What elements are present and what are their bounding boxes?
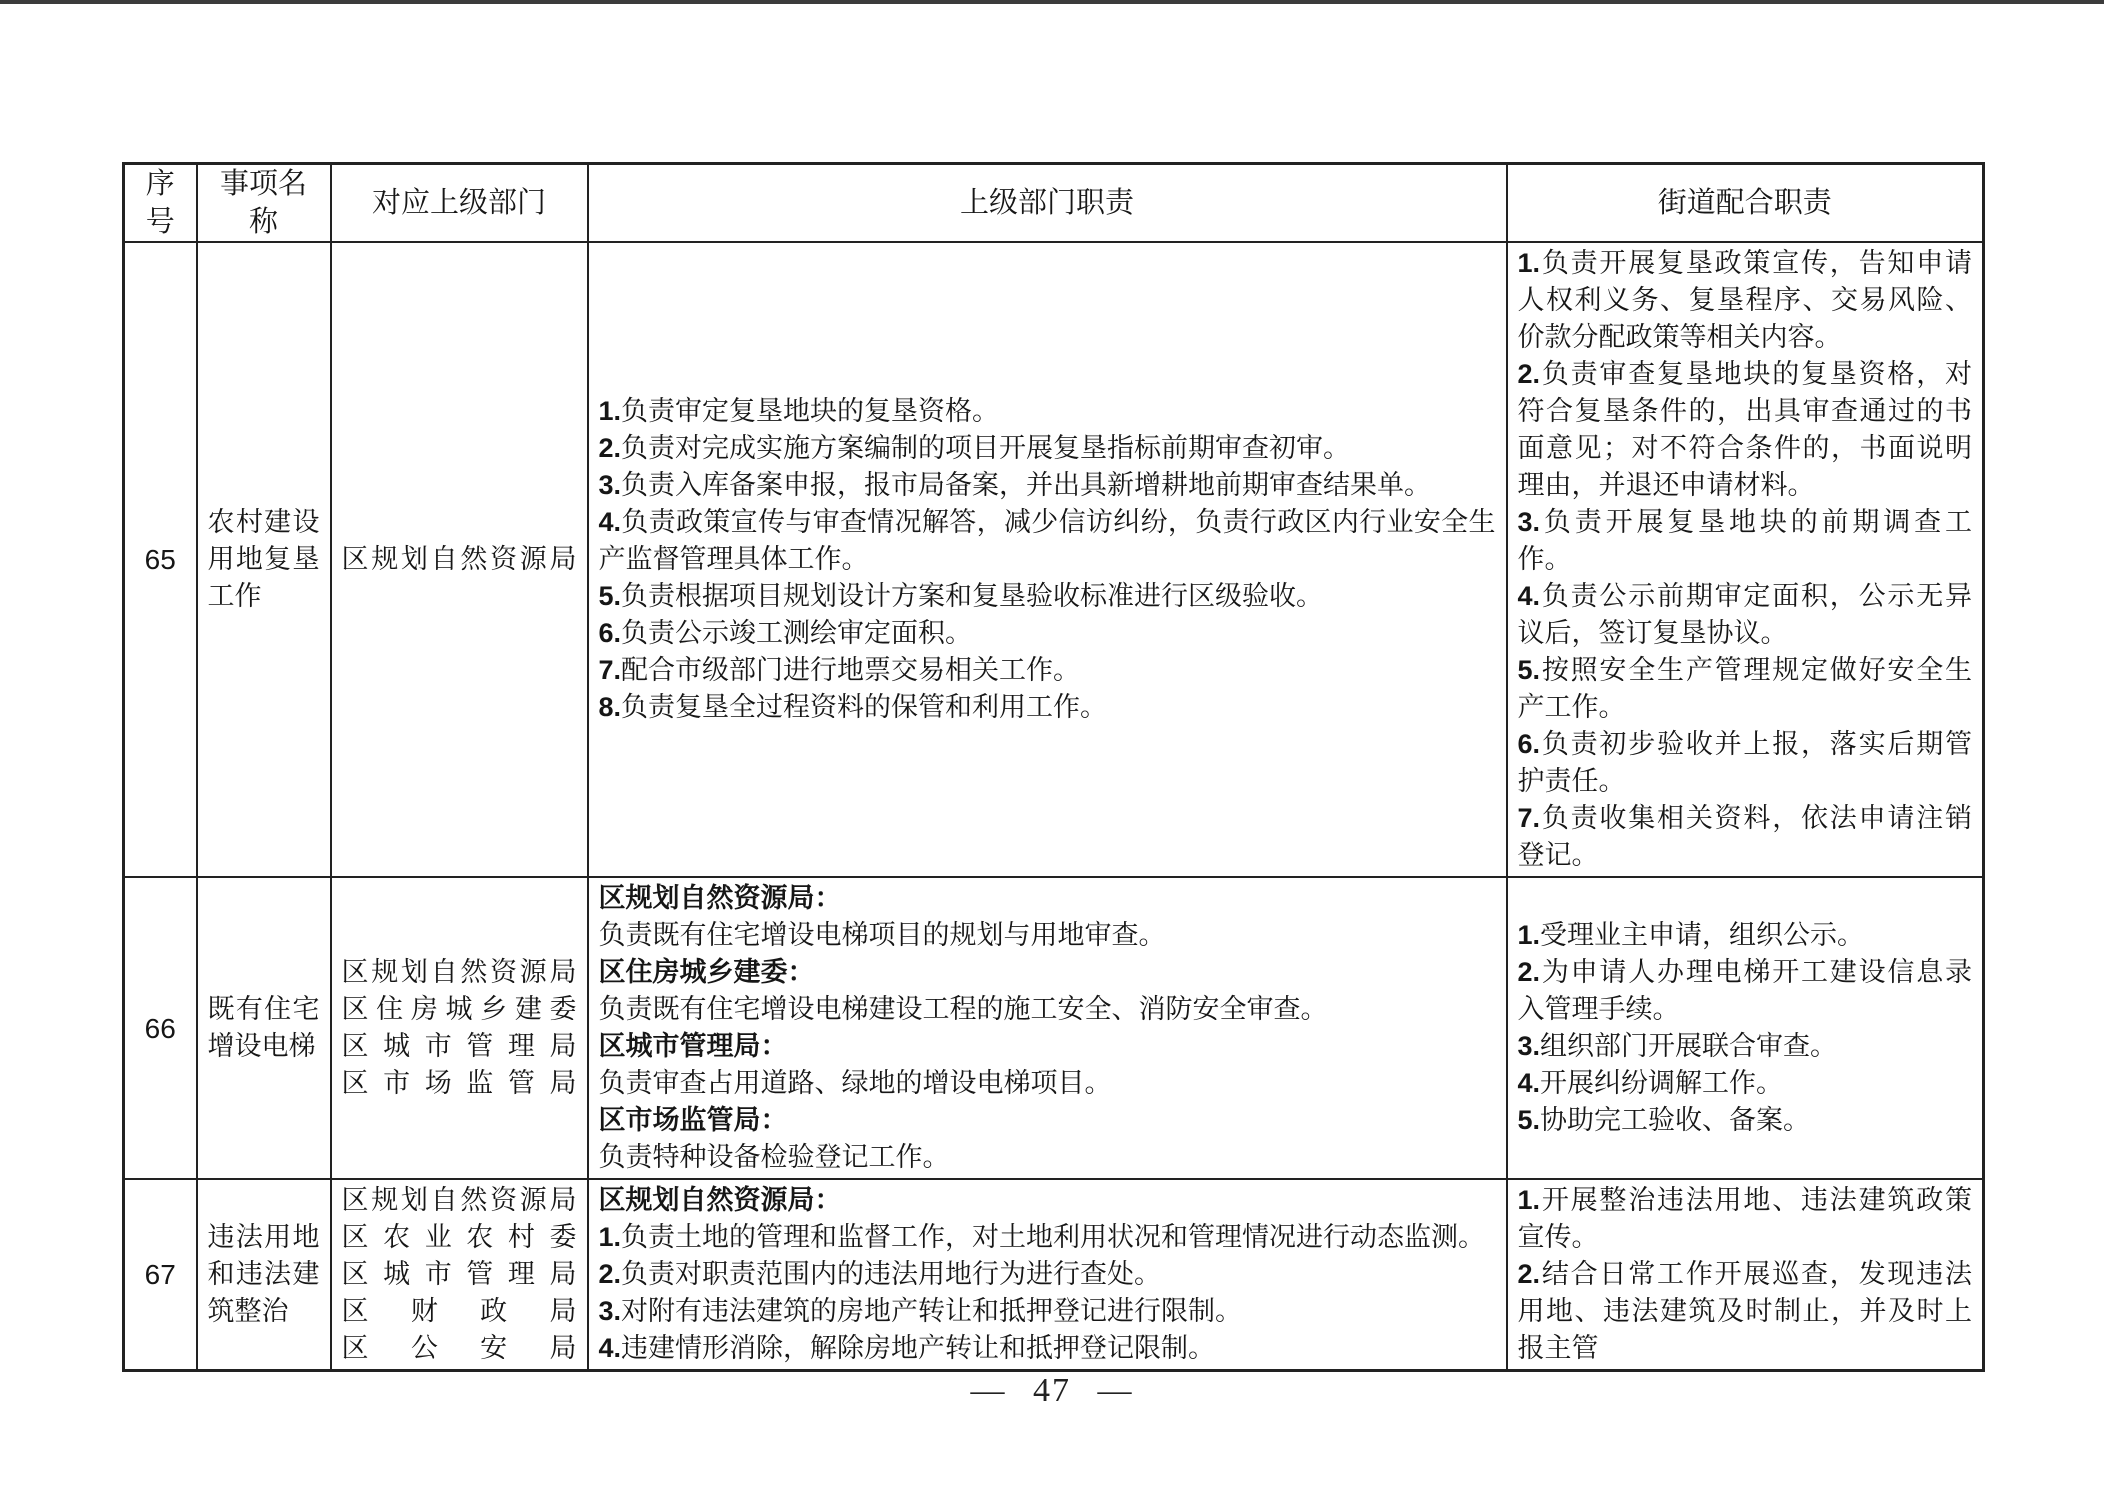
header-row: 序号 事项名称 对应上级部门 上级部门职责 街道配合职责 — [124, 164, 1984, 243]
department-cell: 区规划自然资源局 — [331, 242, 588, 877]
department-subheading: 区城市管理局： — [599, 1031, 788, 1061]
item-number: 4. — [599, 1333, 622, 1363]
duty-item: 5.负责根据项目规划设计方案和复垦验收标准进行区级验收。 — [599, 578, 1496, 615]
duty-item: 5.协助完工验收、备案。 — [1518, 1102, 1973, 1139]
item-number: 5. — [1518, 1105, 1541, 1135]
item-number: 5. — [599, 581, 622, 611]
duty-item: 1.负责开展复垦政策宣传，告知申请人权利义务、复垦程序、交易风险、价款分配政策等… — [1518, 245, 1973, 356]
duty-item: 4.负责政策宣传与审查情况解答，减少信访纠纷，负责行政区内行业安全生产监督管理具… — [599, 504, 1496, 578]
item-number: 1. — [1518, 920, 1541, 950]
item-number: 8. — [599, 692, 622, 722]
department-subheading: 区住房城乡建委： — [599, 957, 815, 987]
duty-item: 7.配合市级部门进行地票交易相关工作。 — [599, 652, 1496, 689]
item-number: 2. — [599, 433, 622, 463]
superior-duty-cell: 区规划自然资源局：1.负责土地的管理和监督工作，对土地利用状况和管理情况进行动态… — [588, 1179, 1507, 1371]
table-row: 66既有住宅增设电梯区规划自然资源局区住房城乡建委区城市管理局区市场监管局区规划… — [124, 877, 1984, 1179]
department-line: 区财政局 — [342, 1293, 577, 1330]
duty-item: 8.负责复垦全过程资料的保管和利用工作。 — [599, 689, 1496, 726]
duty-item: 3.组织部门开展联合审查。 — [1518, 1028, 1973, 1065]
department-line: 区规划自然资源局 — [342, 954, 577, 991]
column-header-superior-duty: 上级部门职责 — [588, 164, 1507, 243]
table-row: 65农村建设用地复垦工作区规划自然资源局1.负责审定复垦地块的复垦资格。2.负责… — [124, 242, 1984, 877]
duty-item: 3.负责开展复垦地块的前期调查工作。 — [1518, 504, 1973, 578]
duty-item: 2.为申请人办理电梯开工建设信息录入管理手续。 — [1518, 954, 1973, 1028]
duty-item: 6.负责公示竣工测绘审定面积。 — [599, 615, 1496, 652]
duty-item: 4.开展纠纷调解工作。 — [1518, 1065, 1973, 1102]
duty-item: 1.负责审定复垦地块的复垦资格。 — [599, 393, 1496, 430]
duty-item: 负责既有住宅增设电梯建设工程的施工安全、消防安全审查。 — [599, 991, 1496, 1028]
department-line: 区市场监管局 — [342, 1065, 577, 1102]
item-number: 1. — [1518, 1185, 1541, 1215]
item-number: 7. — [1518, 803, 1541, 833]
duty-item: 4.违建情形消除，解除房地产转让和抵押登记限制。 — [599, 1330, 1496, 1367]
window-top-edge — [0, 0, 2104, 4]
table-row: 67违法用地和违法建筑整治区规划自然资源局区农业农村委区城市管理局区财政局区公安… — [124, 1179, 1984, 1371]
table-header: 序号 事项名称 对应上级部门 上级部门职责 街道配合职责 — [124, 164, 1984, 243]
department-subheading: 区规划自然资源局： — [599, 883, 842, 913]
item-number: 4. — [1518, 581, 1541, 611]
item-number: 3. — [599, 1296, 622, 1326]
item-number: 2. — [1518, 359, 1541, 389]
duty-item: 1.负责土地的管理和监督工作，对土地利用状况和管理情况进行动态监测。 — [599, 1219, 1496, 1256]
page-number: — 47 — — [0, 1372, 2104, 1410]
item-number: 1. — [1518, 248, 1541, 278]
item-number: 2. — [1518, 1259, 1541, 1289]
column-header-item-name: 事项名称 — [197, 164, 331, 243]
duty-item: 3.负责入库备案申报，报市局备案，并出具新增耕地前期审查结果单。 — [599, 467, 1496, 504]
street-duty-cell: 1.负责开展复垦政策宣传，告知申请人权利义务、复垦程序、交易风险、价款分配政策等… — [1507, 242, 1984, 877]
department-subheading: 区市场监管局： — [599, 1105, 788, 1135]
department-line: 区城市管理局 — [342, 1256, 577, 1293]
department-cell: 区规划自然资源局区住房城乡建委区城市管理局区市场监管局 — [331, 877, 588, 1179]
item-number: 3. — [1518, 1031, 1541, 1061]
duty-item: 2.结合日常工作开展巡查，发现违法用地、违法建筑及时制止，并及时上报主管 — [1518, 1256, 1973, 1367]
duty-item: 5.按照安全生产管理规定做好安全生产工作。 — [1518, 652, 1973, 726]
seq-cell: 67 — [124, 1179, 197, 1371]
duty-item: 负责特种设备检验登记工作。 — [599, 1139, 1496, 1176]
item-number: 1. — [599, 1222, 622, 1252]
item-number: 2. — [599, 1259, 622, 1289]
item-number: 4. — [599, 507, 622, 537]
department-line: 区公安局 — [342, 1330, 577, 1367]
item-number: 6. — [1518, 729, 1541, 759]
duty-item: 2.负责对完成实施方案编制的项目开展复垦指标前期审查初审。 — [599, 430, 1496, 467]
department-line: 区农业农村委 — [342, 1219, 577, 1256]
duty-item: 6.负责初步验收并上报，落实后期管护责任。 — [1518, 726, 1973, 800]
department-line: 区城市管理局 — [342, 1028, 577, 1065]
duty-item: 负责审查占用道路、绿地的增设电梯项目。 — [599, 1065, 1496, 1102]
item-number: 5. — [1518, 655, 1541, 685]
item-number: 4. — [1518, 1068, 1541, 1098]
item-number: 2. — [1518, 957, 1541, 987]
item-number: 6. — [599, 618, 622, 648]
item-number: 7. — [599, 655, 622, 685]
duty-item: 2.负责对职责范围内的违法用地行为进行查处。 — [599, 1256, 1496, 1293]
item-number: 1. — [599, 396, 622, 426]
department-line: 区规划自然资源局 — [342, 541, 577, 578]
street-duty-cell: 1.受理业主申请，组织公示。2.为申请人办理电梯开工建设信息录入管理手续。3.组… — [1507, 877, 1984, 1179]
item-name-cell: 既有住宅增设电梯 — [197, 877, 331, 1179]
duty-item: 3.对附有违法建筑的房地产转让和抵押登记进行限制。 — [599, 1293, 1496, 1330]
item-name-cell: 农村建设用地复垦工作 — [197, 242, 331, 877]
column-header-seq: 序号 — [124, 164, 197, 243]
department-subheading: 区规划自然资源局： — [599, 1185, 842, 1215]
duty-item: 1.开展整治违法用地、违法建筑政策宣传。 — [1518, 1182, 1973, 1256]
superior-duty-cell: 区规划自然资源局：负责既有住宅增设电梯项目的规划与用地审查。区住房城乡建委：负责… — [588, 877, 1507, 1179]
column-header-department: 对应上级部门 — [331, 164, 588, 243]
department-line: 区规划自然资源局 — [342, 1182, 577, 1219]
seq-cell: 65 — [124, 242, 197, 877]
duty-item: 区规划自然资源局： — [599, 1182, 1496, 1219]
table-body: 65农村建设用地复垦工作区规划自然资源局1.负责审定复垦地块的复垦资格。2.负责… — [124, 242, 1984, 1371]
duty-item: 区市场监管局： — [599, 1102, 1496, 1139]
street-duty-cell: 1.开展整治违法用地、违法建筑政策宣传。2.结合日常工作开展巡查，发现违法用地、… — [1507, 1179, 1984, 1371]
duty-item: 7.负责收集相关资料，依法申请注销登记。 — [1518, 800, 1973, 874]
column-header-street-duty: 街道配合职责 — [1507, 164, 1984, 243]
item-number: 3. — [599, 470, 622, 500]
item-number: 3. — [1518, 507, 1541, 537]
duty-item: 4.负责公示前期审定面积，公示无异议后，签订复垦协议。 — [1518, 578, 1973, 652]
duty-item: 负责既有住宅增设电梯项目的规划与用地审查。 — [599, 917, 1496, 954]
department-cell: 区规划自然资源局区农业农村委区城市管理局区财政局区公安局 — [331, 1179, 588, 1371]
responsibility-table: 序号 事项名称 对应上级部门 上级部门职责 街道配合职责 65农村建设用地复垦工… — [122, 162, 1985, 1372]
duty-item: 2.负责审查复垦地块的复垦资格，对符合复垦条件的，出具审查通过的书面意见；对不符… — [1518, 356, 1973, 504]
seq-cell: 66 — [124, 877, 197, 1179]
duty-item: 区规划自然资源局： — [599, 880, 1496, 917]
duty-item: 1.受理业主申请，组织公示。 — [1518, 917, 1973, 954]
department-line: 区住房城乡建委 — [342, 991, 577, 1028]
item-name-cell: 违法用地和违法建筑整治 — [197, 1179, 331, 1371]
duty-item: 区城市管理局： — [599, 1028, 1496, 1065]
superior-duty-cell: 1.负责审定复垦地块的复垦资格。2.负责对完成实施方案编制的项目开展复垦指标前期… — [588, 242, 1507, 877]
duty-item: 区住房城乡建委： — [599, 954, 1496, 991]
